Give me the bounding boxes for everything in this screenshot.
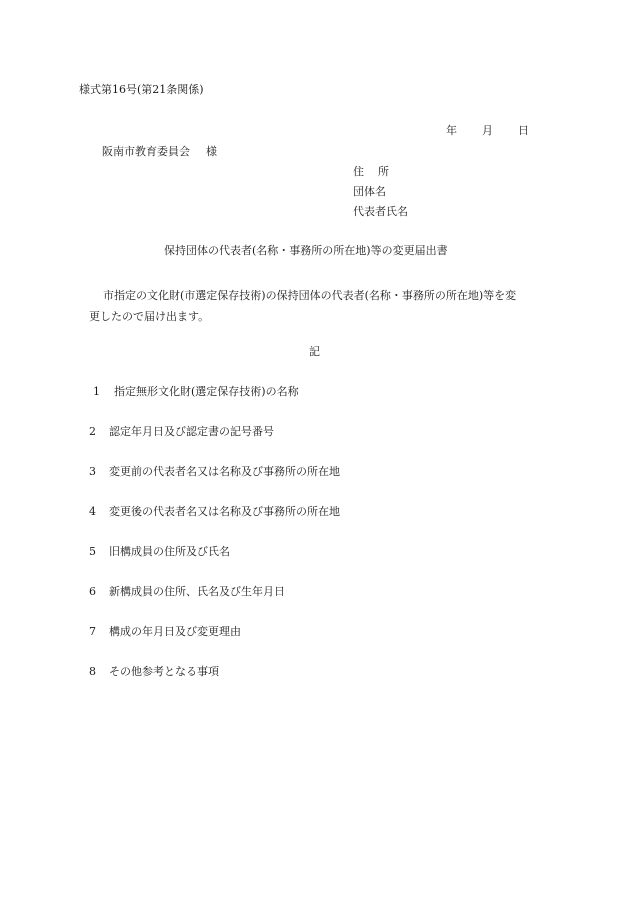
item-number: 1 [93,386,114,397]
year-label: 年 [446,125,457,136]
item-label: 認定年月日及び認定書の記号番号 [109,425,274,438]
item-number: 2 [89,426,109,437]
item-number: 5 [89,546,109,557]
item-number: 3 [89,466,109,477]
document-title: 保持団体の代表者(名称・事務所の所在地)等の変更届出書 [164,245,448,256]
item-label: その他参考となる事項 [109,665,219,678]
sender-address-label: 住所 [353,166,389,177]
list-item: 3変更前の代表者名又は名称及び事務所の所在地 [89,466,340,477]
sender-group-name-label: 団体名 [353,186,386,197]
item-label: 旧構成員の住所及び氏名 [109,545,230,558]
item-label: 構成の年月日及び変更理由 [109,625,241,638]
addressee-name: 阪南市教育委員会 [102,145,190,158]
list-item: 5旧構成員の住所及び氏名 [89,546,230,557]
item-label: 変更後の代表者名又は名称及び事務所の所在地 [109,505,340,518]
item-label: 新構成員の住所、氏名及び生年月日 [109,585,285,598]
item-number: 8 [89,666,109,677]
item-label: 変更前の代表者名又は名称及び事務所の所在地 [109,465,340,478]
address-label-part1: 住 [353,165,364,178]
date-line: 年月日 [446,125,529,136]
list-item: 1指定無形文化財(選定保存技術)の名称 [93,386,299,397]
item-number: 4 [89,506,109,517]
item-number: 6 [89,586,109,597]
list-item: 6新構成員の住所、氏名及び生年月日 [89,586,285,597]
list-item: 2認定年月日及び認定書の記号番号 [89,426,274,437]
day-label: 日 [518,125,529,136]
form-number: 様式第16号(第21条関係) [79,84,204,95]
addressee-honorific: 様 [206,145,217,158]
sender-representative-label: 代表者氏名 [353,206,408,217]
item-number: 7 [89,626,109,637]
addressee: 阪南市教育委員会様 [102,146,217,157]
body-text: 市指定の文化財(市選定保存技術)の保持団体の代表者(名称・事務所の所在地)等を変… [89,285,589,327]
address-label-part2: 所 [378,165,389,178]
list-item: 4変更後の代表者名又は名称及び事務所の所在地 [89,506,340,517]
month-label: 月 [482,125,493,136]
ki-heading: 記 [309,346,320,357]
body-line-1: 市指定の文化財(市選定保存技術)の保持団体の代表者(名称・事務所の所在地)等を変 [89,285,589,306]
list-item: 8その他参考となる事項 [89,666,219,677]
list-item: 7構成の年月日及び変更理由 [89,626,241,637]
item-label: 指定無形文化財(選定保存技術)の名称 [114,385,299,398]
body-line-2: 更したので届け出ます。 [89,306,589,327]
